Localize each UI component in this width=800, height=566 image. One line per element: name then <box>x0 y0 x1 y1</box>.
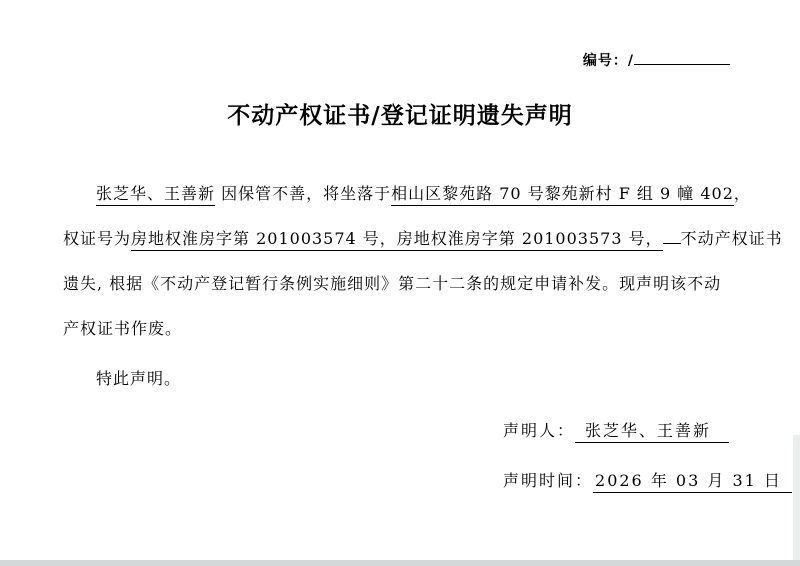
line1-text: 因保管不善，将坐落于 <box>215 184 391 203</box>
paragraph-line-1: 张芝华、王善新 因保管不善，将坐落于相山区黎苑路 70 号黎苑新村 F 组 9 … <box>63 171 753 216</box>
statement-paragraph: 张芝华、王善新 因保管不善，将坐落于相山区黎苑路 70 号黎苑新村 F 组 9 … <box>63 171 753 351</box>
page-edge-right <box>793 435 800 566</box>
page-edge-bottom <box>0 560 800 566</box>
blank-underline <box>663 229 681 244</box>
signer-label: 声明人： <box>503 421 575 440</box>
date-label: 声明时间： <box>503 471 593 490</box>
certificate-numbers-underlined: 房地权淮房字第 201003574 号，房地权淮房字第 201003573 号， <box>131 229 663 251</box>
line2-text: 权证号为 <box>63 229 131 248</box>
paragraph-line-3: 遗失, 根据《不动产登记暂行条例实施细则》第二十二条的规定申请补发。现声明该不动 <box>63 261 753 306</box>
document-title: 不动产权证书/登记证明遗失声明 <box>0 97 800 130</box>
property-address-underlined: 相山区黎苑路 70 号黎苑新村 F 组 9 幢 402 <box>391 184 734 206</box>
paragraph-line-2: 权证号为房地权淮房字第 201003574 号，房地权淮房字第 20100357… <box>63 216 753 261</box>
doc-number-label: 编号： <box>583 53 628 69</box>
closing-line: 特此声明。 <box>63 356 181 401</box>
line2-text-end: 不动产权证书 <box>681 229 783 248</box>
date-line: 声明时间：2026 年 03 月 31 日 <box>503 458 792 503</box>
doc-number-blank-underline <box>634 51 730 65</box>
declarant-names-underlined: 张芝华、王善新 <box>96 184 215 206</box>
date-value-underlined: 2026 年 03 月 31 日 <box>593 471 792 493</box>
signer-name-underlined: 张芝华、王善新 <box>575 421 729 443</box>
line1-comma: ， <box>734 184 751 203</box>
paragraph-line-4: 产权证书作废。 <box>63 306 753 351</box>
document-page: 编号：/ 不动产权证书/登记证明遗失声明 张芝华、王善新 因保管不善，将坐落于相… <box>0 0 800 566</box>
signer-line: 声明人：张芝华、王善新 <box>503 408 729 453</box>
doc-number: 编号：/ <box>583 50 730 70</box>
